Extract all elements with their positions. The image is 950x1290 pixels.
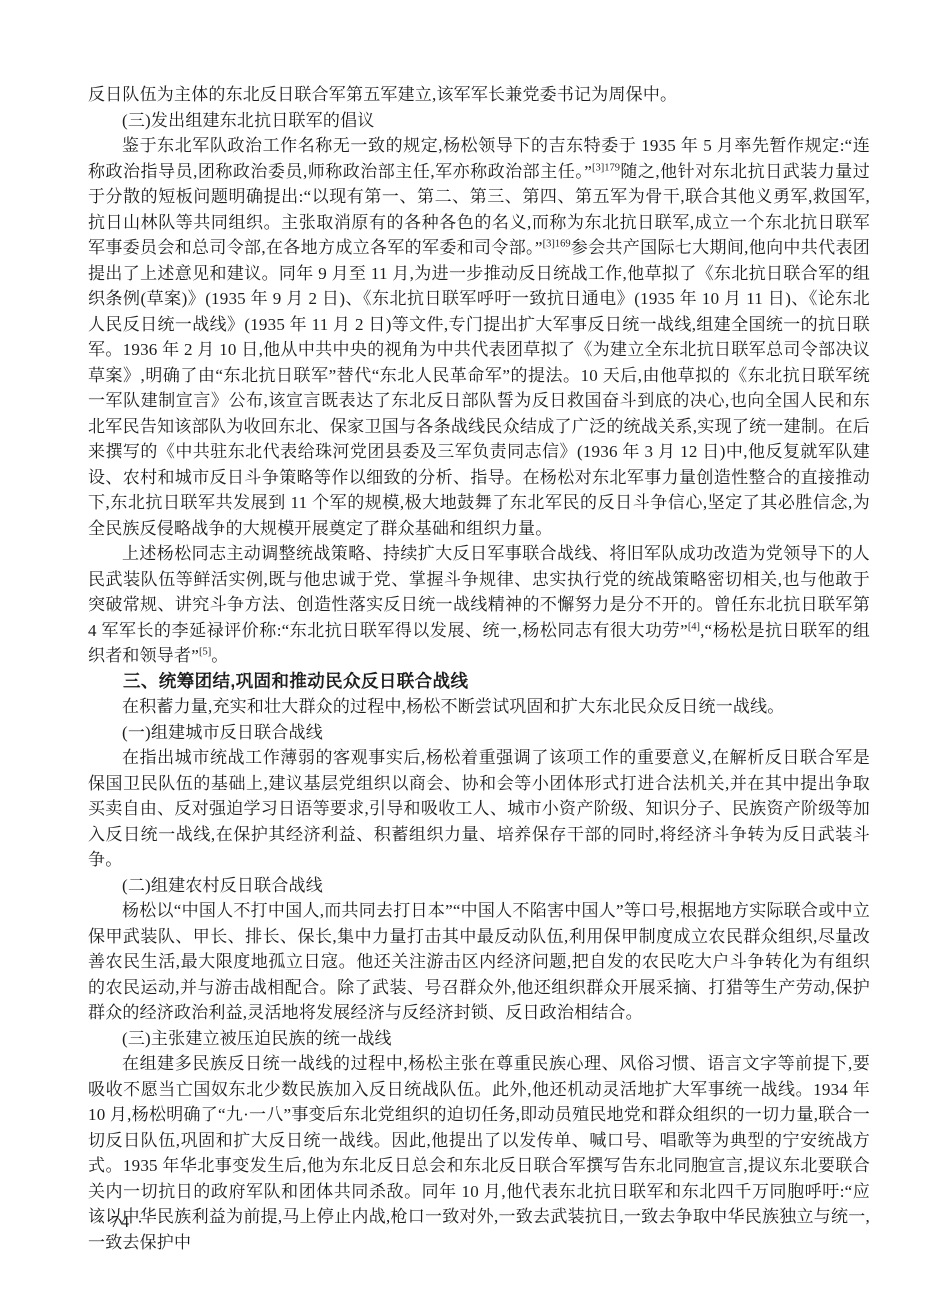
paragraph-text-segment: 参会共产国际七大期间,他向中共代表团提出了上述意见和建议。同年 9 月至 11 …: [88, 238, 870, 538]
paragraph-unification-plan: 鉴于东北军队政治工作名称无一致的规定,杨松领导下的吉东特委于 1935 年 5 …: [88, 133, 870, 541]
continuation-paragraph: 反日队伍为主体的东北反日联合军第五军建立,该军军长兼党委书记为周保中。: [88, 82, 870, 108]
paragraph-nation-front: 在组建多民族反日统一战线的过程中,杨松主张在尊重民族心理、风俗习惯、语言文字等前…: [88, 1051, 870, 1255]
citation-ref-4: [4]: [688, 621, 700, 632]
citation-ref-3-179: [3]179: [592, 162, 620, 173]
paragraph-text-segment: 。: [211, 646, 228, 665]
subsection-heading-initiative: (三)发出组建东北抗日联军的倡议: [88, 108, 870, 134]
subsection-heading-rural: (二)组建农村反日联合战线: [88, 873, 870, 899]
document-page: 反日队伍为主体的东北反日联合军第五军建立,该军军长兼党委书记为周保中。 (三)发…: [0, 0, 950, 1290]
citation-ref-5: [5]: [199, 646, 211, 657]
footer-page-number: · 74 ·: [97, 1212, 145, 1232]
subsection-heading-nation: (三)主张建立被压迫民族的统一战线: [88, 1026, 870, 1052]
paragraph-section-intro: 在积蓄力量,充实和壮大群众的过程中,杨松不断尝试巩固和扩大东北民众反日统一战线。: [88, 694, 870, 720]
section-heading-united-front: 三、统筹团结,巩固和推动民众反日联合战线: [88, 669, 870, 695]
article-body: 反日队伍为主体的东北反日联合军第五军建立,该军军长兼党委书记为周保中。 (三)发…: [88, 82, 870, 1255]
paragraph-rural-front: 杨松以“中国人不打中国人,而共同去打日本”“中国人不陷害中国人”等口号,根据地方…: [88, 898, 870, 1026]
paragraph-city-front: 在指出城市统战工作薄弱的客观事实后,杨松着重强调了该项工作的重要意义,在解析反日…: [88, 745, 870, 873]
subsection-heading-city: (一)组建城市反日联合战线: [88, 720, 870, 746]
citation-ref-3-169: [3]169: [543, 238, 571, 249]
paragraph-evaluation: 上述杨松同志主动调整统战策略、持续扩大反日军事联合战线、将旧军队成功改造为党领导…: [88, 541, 870, 669]
